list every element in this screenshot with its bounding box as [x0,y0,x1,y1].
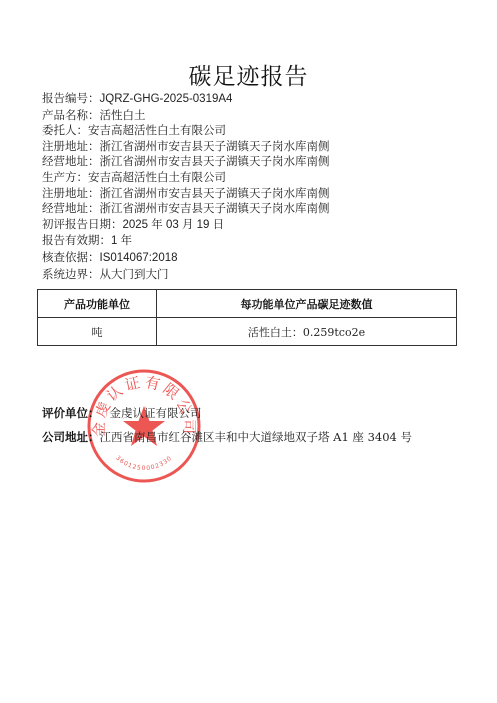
info-line-client: 委托人：安吉高超活性白土有限公司 [42,123,330,139]
info-label: 注册地址： [42,139,100,153]
info-label: 生产方： [42,170,88,184]
table-header-row: 产品功能单位 每功能单位产品碳足迹数值 [38,290,457,318]
info-label: 报告有效期： [42,233,111,247]
info-line-producer: 生产方：安吉高超活性白土有限公司 [42,170,330,186]
info-line-business-address: 经营地址：浙江省湖州市安吉县天子湖镇天子岗水库南侧 [42,154,330,170]
info-line-producer-business-address: 经营地址：浙江省湖州市安吉县天子湖镇天子岗水库南侧 [42,201,330,217]
info-value: 活性白土 [100,108,146,122]
evaluator-label: 评价单位： [42,406,100,420]
info-line-initial-report-date: 初评报告日期：2025 年 03 月 19 日 [42,217,330,234]
evaluator-line: 评价单位：金虔认证有限公司 [42,405,202,421]
svg-text:3601250002330: 3601250002330 [114,455,173,472]
info-value: 2025 年 03 月 19 日 [123,219,225,231]
info-line-verification-basis: 核查依据：IS014067:2018 [42,250,330,267]
carbon-footprint-table: 产品功能单位 每功能单位产品碳足迹数值 吨 活性白土：0.259tco2e [37,289,457,346]
info-line-report-number: 报告编号：JQRZ-GHG-2025-0319A4 [42,91,330,108]
info-line-registered-address: 注册地址：浙江省湖州市安吉县天子湖镇天子岗水库南侧 [42,139,330,155]
info-label: 初评报告日期： [42,217,123,231]
info-value: 安吉高超活性白土有限公司 [88,170,226,184]
info-value: IS014067:2018 [100,252,178,264]
info-value: 1 年 [111,235,132,247]
info-value: 安吉高超活性白土有限公司 [88,123,226,137]
info-label: 经营地址： [42,154,100,168]
info-label: 系统边界： [42,267,100,281]
company-address-line: 公司地址：江西省南昌市红谷滩区丰和中大道绿地双子塔 A1 座 3404 号 [42,429,412,445]
cell-functional-unit: 吨 [38,318,157,346]
info-label: 核查依据： [42,250,100,264]
info-line-producer-registered-address: 注册地址：浙江省湖州市安吉县天子湖镇天子岗水库南侧 [42,186,330,202]
company-address-label: 公司地址： [42,430,100,444]
header-functional-unit: 产品功能单位 [38,290,157,318]
info-label: 注册地址： [42,186,100,200]
info-value: 浙江省湖州市安吉县天子湖镇天子岗水库南侧 [100,139,330,153]
info-value: 浙江省湖州市安吉县天子湖镇天子岗水库南侧 [100,186,330,200]
info-label: 报告编号： [42,91,100,105]
info-label: 委托人： [42,123,88,137]
info-line-product-name: 产品名称：活性白土 [42,108,330,124]
info-line-validity: 报告有效期：1 年 [42,233,330,250]
info-value: JQRZ-GHG-2025-0319A4 [100,93,233,105]
report-title: 碳足迹报告 [0,58,497,91]
report-info: 报告编号：JQRZ-GHG-2025-0319A4 产品名称：活性白土 委托人：… [42,91,330,282]
info-value: 从大门到大门 [100,267,169,281]
table-row: 吨 活性白土：0.259tco2e [38,318,457,346]
company-seal-stamp: 金虔认证有限公司 3601250002330 [86,368,202,484]
info-label: 经营地址： [42,201,100,215]
company-address-value: 江西省南昌市红谷滩区丰和中大道绿地双子塔 A1 座 3404 号 [100,430,413,444]
info-line-system-boundary: 系统边界：从大门到大门 [42,267,330,283]
info-value: 浙江省湖州市安吉县天子湖镇天子岗水库南侧 [100,154,330,168]
evaluator-value: 金虔认证有限公司 [110,406,202,420]
cell-footprint-value: 活性白土：0.259tco2e [157,318,457,346]
info-label: 产品名称： [42,108,100,122]
header-footprint-value: 每功能单位产品碳足迹数值 [157,290,457,318]
info-value: 浙江省湖州市安吉县天子湖镇天子岗水库南侧 [100,201,330,215]
